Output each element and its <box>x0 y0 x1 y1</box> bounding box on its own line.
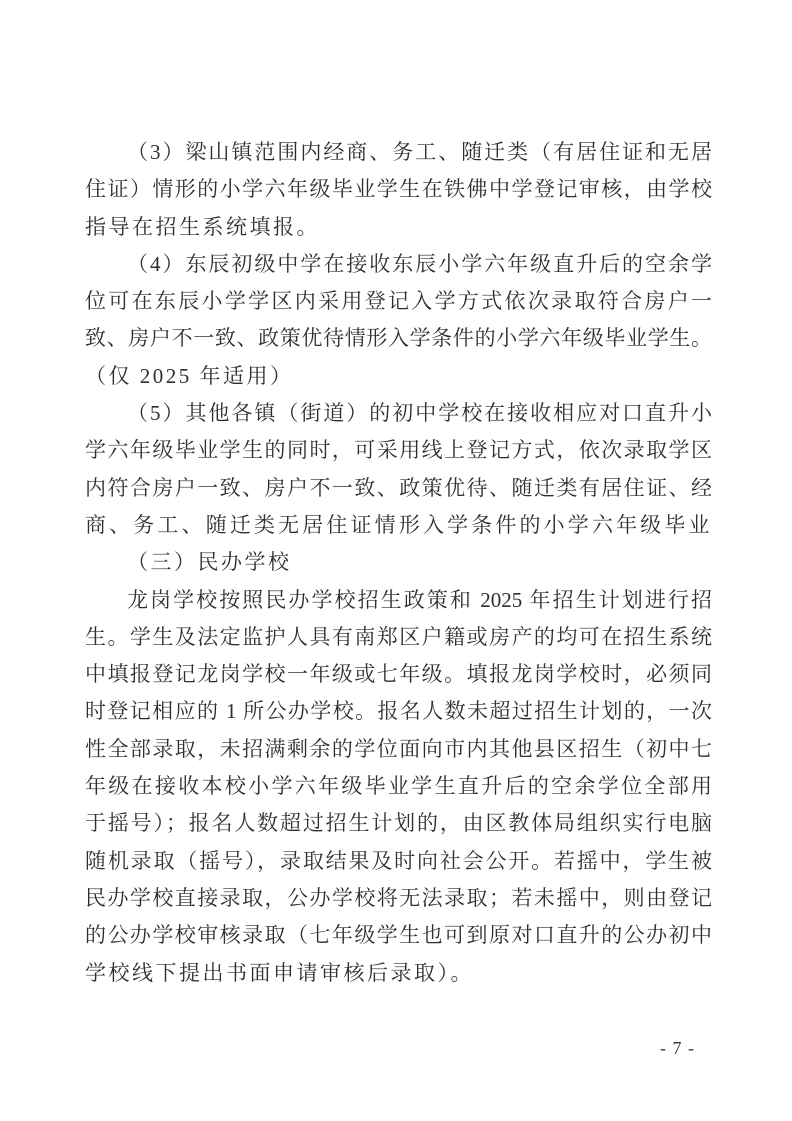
text-line: 学六年级毕业学生的同时，可采用线上登记方式，依次录取学区 <box>85 432 712 469</box>
text-line: 的公办学校审核录取（七年级学生也可到原对口直升的公办初中 <box>85 917 712 954</box>
text-line: 生。学生及法定监护人具有南郑区户籍或房产的均可在招生系统 <box>85 619 712 656</box>
text-line: 龙岗学校按照民办学校招生政策和 2025 年招生计划进行招 <box>85 582 712 619</box>
item-5-paragraph: （5）其他各镇（街道）的初中学校在接收相应对口直升小学六年级毕业学生的同时，可采… <box>85 395 712 544</box>
item-3-paragraph: （3）梁山镇范围内经商、务工、随迁类（有居住证和无居住证）情形的小学六年级毕业学… <box>85 134 712 246</box>
text-line: 性全部录取，未招满剩余的学位面向市内其他县区招生（初中七 <box>85 731 712 768</box>
text-line: （仅 2025 年适用） <box>85 358 712 395</box>
text-line: 商、务工、随迁类无居住证情形入学条件的小学六年级毕业学生。 <box>85 507 712 544</box>
text-line: （三）民办学校 <box>85 544 712 581</box>
section-3-heading: （三）民办学校 <box>85 544 712 581</box>
text-line: 致、房户不一致、政策优待情形入学条件的小学六年级毕业学生。 <box>85 320 712 357</box>
text-line: （4）东辰初级中学在接收东辰小学六年级直升后的空余学 <box>85 246 712 283</box>
text-line: 于摇号）；报名人数超过招生计划的，由区教体局组织实行电脑 <box>85 805 712 842</box>
document-body: （3）梁山镇范围内经商、务工、随迁类（有居住证和无居住证）情形的小学六年级毕业学… <box>85 134 712 992</box>
text-line: 住证）情形的小学六年级毕业学生在铁佛中学登记审核，由学校 <box>85 171 712 208</box>
page-number: - 7 - <box>660 1038 695 1059</box>
text-line: 时登记相应的 1 所公办学校。报名人数未超过招生计划的，一次 <box>85 693 712 730</box>
text-line: （3）梁山镇范围内经商、务工、随迁类（有居住证和无居 <box>85 134 712 171</box>
text-line: 学校线下提出书面申请审核后录取）。 <box>85 955 712 992</box>
text-line: 内符合房户一致、房户不一致、政策优待、随迁类有居住证、经 <box>85 470 712 507</box>
text-line: 民办学校直接录取，公办学校将无法录取；若未摇中，则由登记 <box>85 880 712 917</box>
document-page: （3）梁山镇范围内经商、务工、随迁类（有居住证和无居住证）情形的小学六年级毕业学… <box>0 0 792 1121</box>
text-line: 随机录取（摇号），录取结果及时向社会公开。若摇中，学生被 <box>85 843 712 880</box>
text-line: 位可在东辰小学学区内采用登记入学方式依次录取符合房户一 <box>85 283 712 320</box>
text-line: （5）其他各镇（街道）的初中学校在接收相应对口直升小 <box>85 395 712 432</box>
text-line: 年级在接收本校小学六年级毕业学生直升后的空余学位全部用 <box>85 768 712 805</box>
text-line: 中填报登记龙岗学校一年级或七年级。填报龙岗学校时，必须同 <box>85 656 712 693</box>
item-4-paragraph: （4）东辰初级中学在接收东辰小学六年级直升后的空余学位可在东辰小学学区内采用登记… <box>85 246 712 395</box>
text-line: 指导在招生系统填报。 <box>85 209 712 246</box>
private-school-policy-paragraph: 龙岗学校按照民办学校招生政策和 2025 年招生计划进行招生。学生及法定监护人具… <box>85 582 712 992</box>
